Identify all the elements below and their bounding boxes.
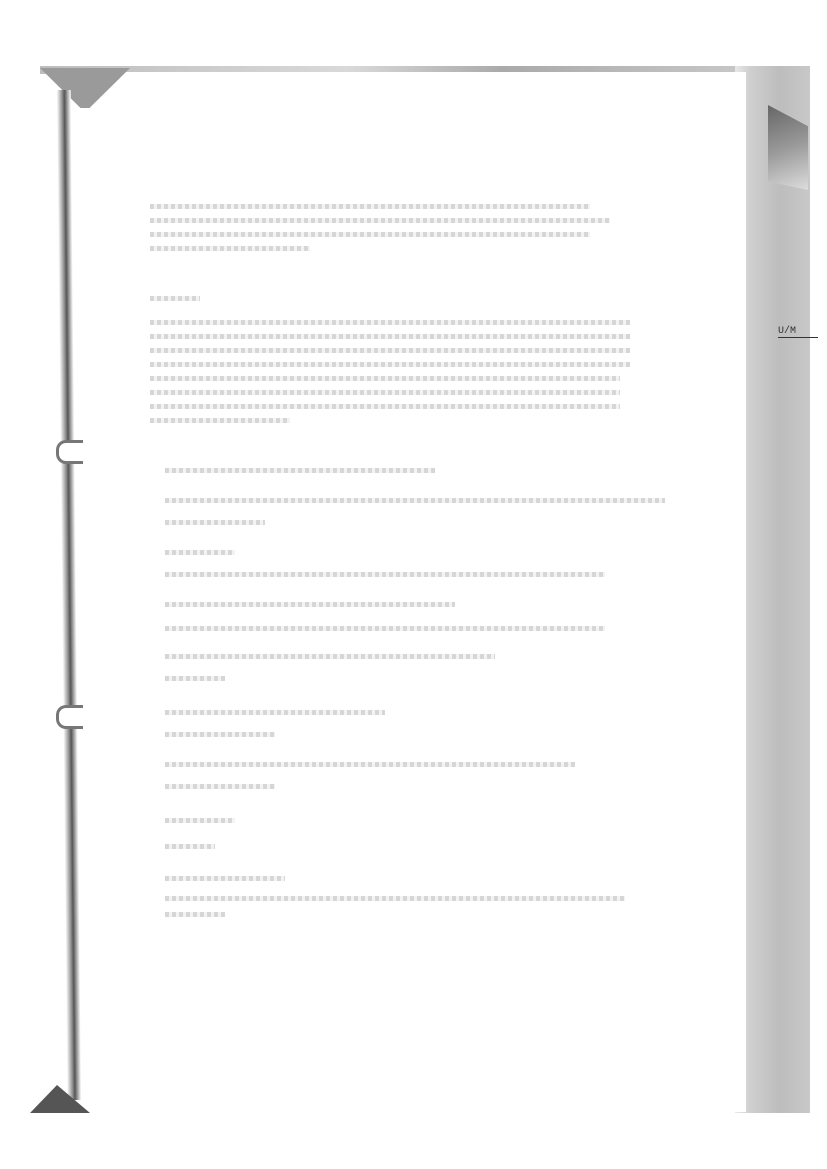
illegible-text-line: [150, 362, 630, 367]
illegible-text-line: [150, 390, 620, 395]
illegible-text-line: [150, 376, 620, 381]
margin-label: U/M: [778, 326, 818, 338]
illegible-text-line: [165, 896, 625, 901]
illegible-text-line: [165, 498, 665, 503]
illegible-text-line: [165, 520, 265, 525]
illegible-text-line: [165, 676, 225, 681]
illegible-text-line: [150, 320, 630, 325]
illegible-text-line: [150, 296, 200, 301]
illegible-text-line: [165, 626, 605, 631]
illegible-text-line: [165, 654, 495, 659]
illegible-text-line: [165, 550, 235, 555]
illegible-text-line: [165, 762, 575, 767]
adjacent-pages-edge: [735, 66, 810, 1113]
illegible-text-line: [165, 784, 275, 789]
illegible-text-line: [165, 468, 435, 473]
illegible-text-line: [150, 218, 610, 223]
illegible-text-line: [150, 204, 590, 209]
binder-ring-upper: [56, 440, 83, 464]
document-page: [78, 72, 746, 1112]
scan-margin: [0, 1113, 827, 1169]
illegible-text-line: [150, 246, 310, 251]
illegible-text-line: [150, 418, 290, 423]
illegible-text-line: [150, 348, 630, 353]
illegible-text-line: [150, 232, 590, 237]
illegible-text-line: [165, 572, 605, 577]
illegible-text-line: [165, 732, 275, 737]
illegible-text-line: [165, 876, 285, 881]
illegible-text-line: [150, 404, 620, 409]
binder-ring-lower: [56, 705, 83, 729]
illegible-text-line: [165, 844, 215, 849]
illegible-text-line: [165, 602, 455, 607]
illegible-text-line: [150, 334, 630, 339]
illegible-text-line: [165, 818, 235, 823]
illegible-text-line: [165, 912, 225, 917]
illegible-text-line: [165, 710, 385, 715]
